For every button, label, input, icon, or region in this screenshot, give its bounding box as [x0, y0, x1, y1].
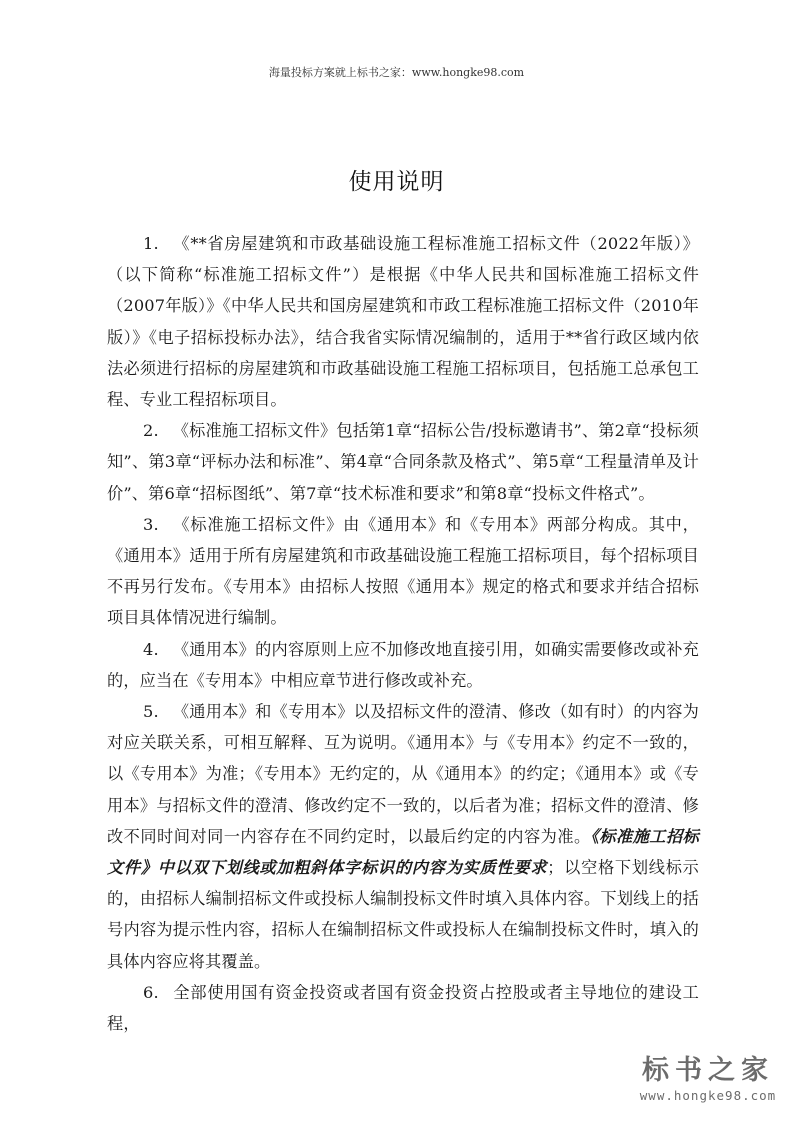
- paragraph-number: 4.: [143, 640, 159, 659]
- watermark-logo: 标书之家 www.hongke98.com: [628, 1056, 788, 1103]
- paragraph-text: 《通用本》的内容原则上应不加修改地直接引用，如确实需要修改或补充的，应当在《专用…: [107, 640, 699, 690]
- paragraph-5: 5.《通用本》和《专用本》以及招标文件的澄清、修改（如有时）的内容为对应关联关系…: [107, 696, 699, 977]
- logo-url: www.hongke98.com: [628, 1088, 788, 1103]
- paragraph-number: 2.: [143, 421, 159, 440]
- paragraph-text: 《标准施工招标文件》由《通用本》和《专用本》两部分构成。其中，《通用本》适用于所…: [107, 515, 699, 628]
- document-title: 使用说明: [0, 163, 793, 196]
- paragraph-number: 5.: [143, 702, 159, 721]
- page-header: 海量投标方案就上标书之家：www.hongke98.com: [0, 64, 793, 80]
- paragraph-text: 全部使用国有资金投资或者国有资金投资占控股或者主导地位的建设工程，: [107, 983, 699, 1033]
- paragraph-text: 《标准施工招标文件》包括第1章“招标公告/投标邀请书”、第2章“投标须知”、第3…: [107, 421, 699, 502]
- paragraph-1: 1.《**省房屋建筑和市政基础设施工程标准施工招标文件（2022年版）》（以下简…: [107, 228, 699, 415]
- paragraph-text: 《**省房屋建筑和市政基础设施工程标准施工招标文件（2022年版）》（以下简称“…: [107, 234, 699, 409]
- paragraph-4: 4.《通用本》的内容原则上应不加修改地直接引用，如确实需要修改或补充的，应当在《…: [107, 634, 699, 696]
- document-body: 1.《**省房屋建筑和市政基础设施工程标准施工招标文件（2022年版）》（以下简…: [107, 228, 699, 1039]
- paragraph-2: 2.《标准施工招标文件》包括第1章“招标公告/投标邀请书”、第2章“投标须知”、…: [107, 415, 699, 509]
- paragraph-text: 《通用本》和《专用本》以及招标文件的澄清、修改（如有时）的内容为对应关联关系，可…: [107, 702, 699, 846]
- paragraph-6: 6.全部使用国有资金投资或者国有资金投资占控股或者主导地位的建设工程，: [107, 977, 699, 1039]
- paragraph-3: 3.《标准施工招标文件》由《通用本》和《专用本》两部分构成。其中，《通用本》适用…: [107, 509, 699, 634]
- paragraph-number: 1.: [143, 234, 159, 253]
- logo-text: 标书之家: [628, 1056, 788, 1086]
- paragraph-number: 3.: [143, 515, 159, 534]
- paragraph-number: 6.: [143, 983, 159, 1002]
